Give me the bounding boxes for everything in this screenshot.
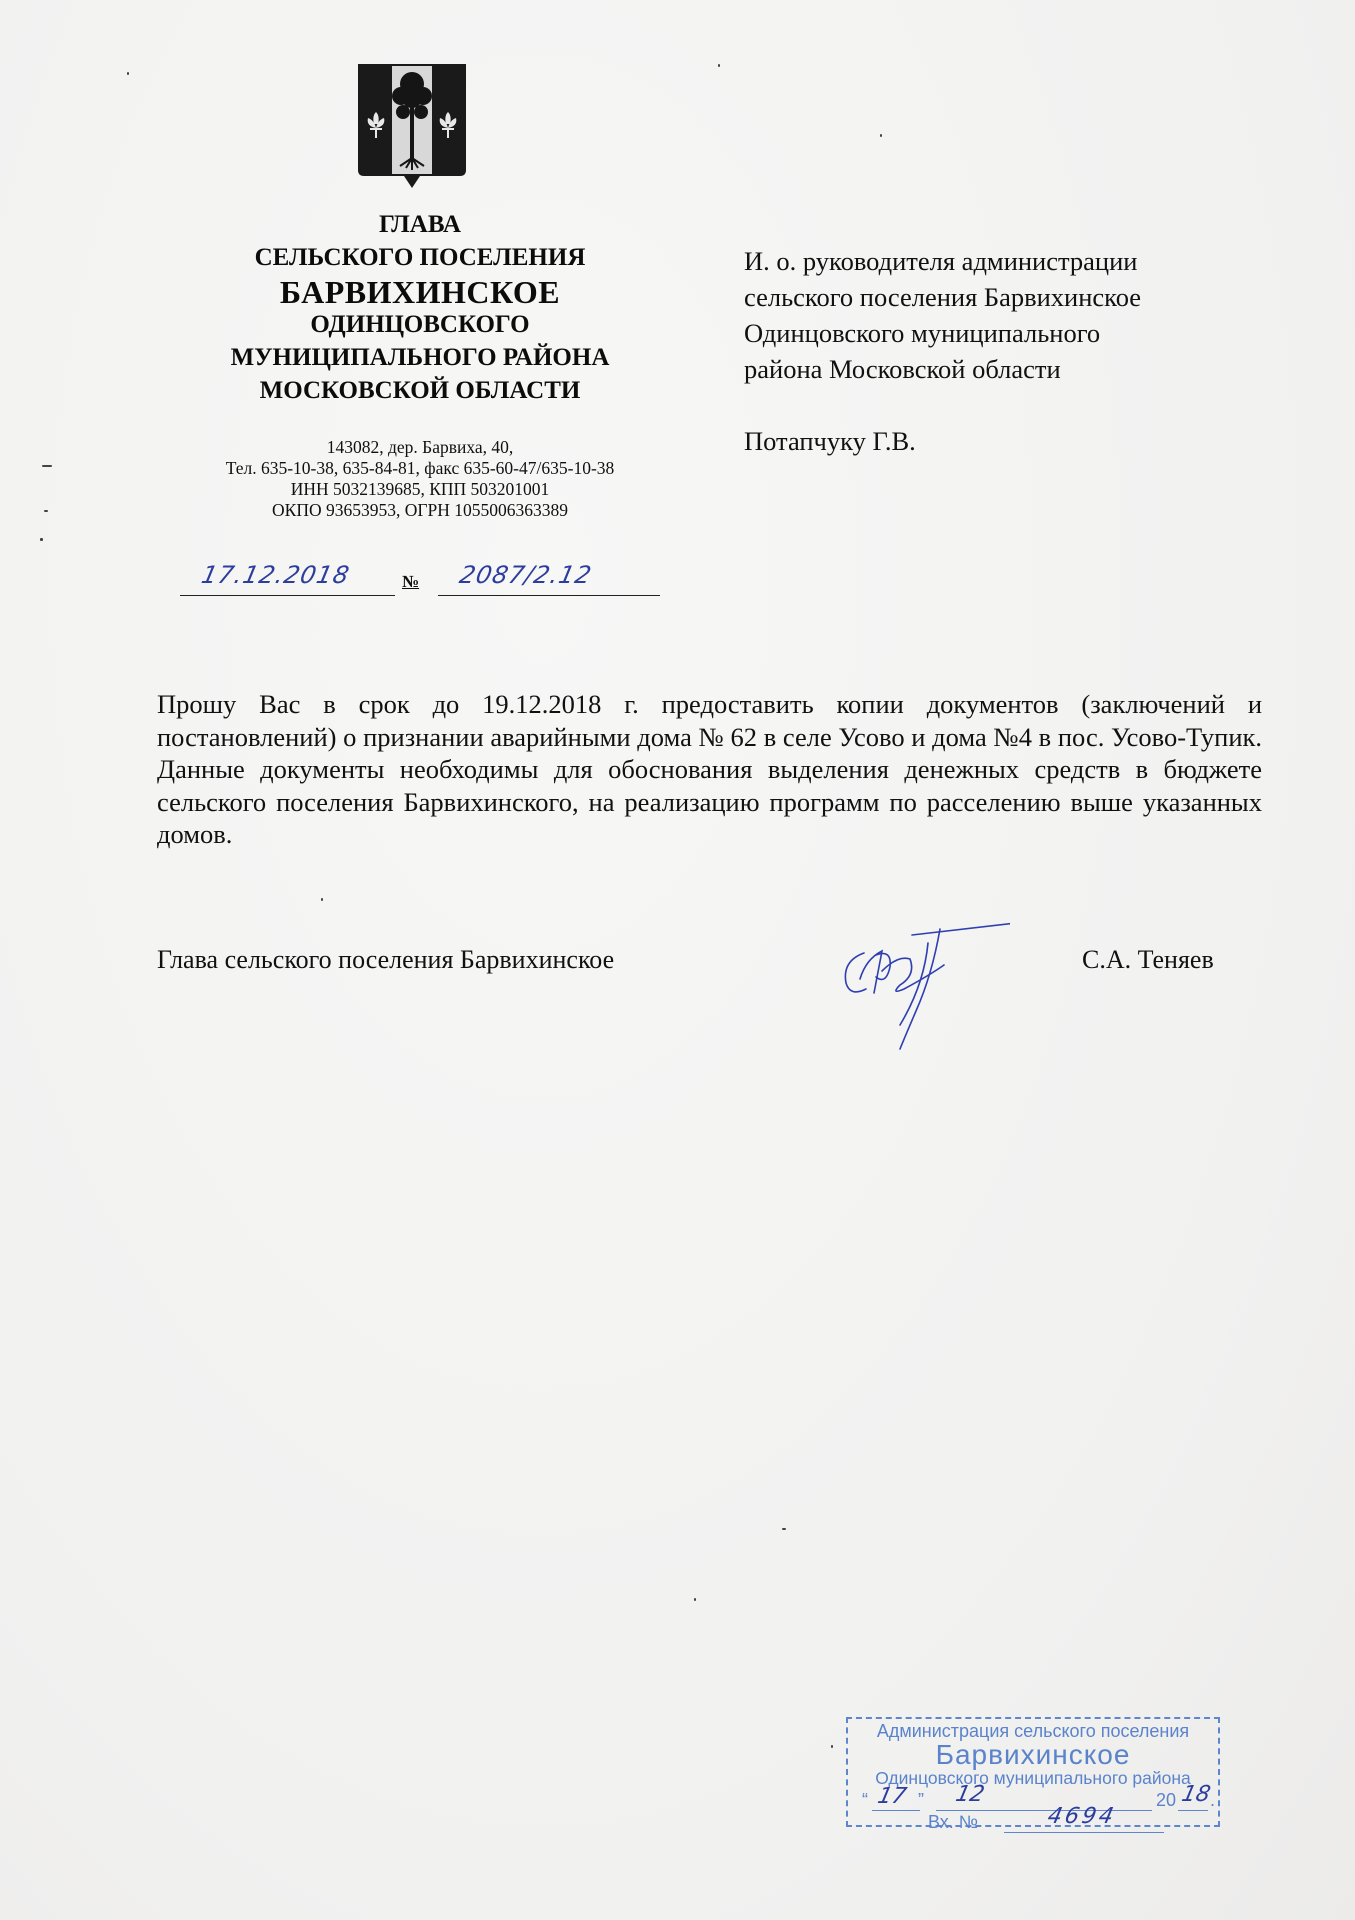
scan-speck	[880, 134, 882, 137]
scan-speck	[782, 1528, 786, 1530]
stamp-incoming-row: Вх. № 4694	[848, 1810, 1218, 1832]
incoming-underline	[1004, 1832, 1164, 1833]
registration-number: 2087/2.12	[457, 561, 595, 589]
number-sign: №	[402, 572, 419, 592]
inn-kpp: ИНН 5032139685, КПП 503201001	[175, 479, 665, 500]
scan-speck	[127, 72, 129, 75]
letterhead-settlement-name: БАРВИХИНСКОЕ	[175, 276, 665, 308]
handwritten-signature-icon	[820, 915, 1010, 1055]
quote-open: “	[862, 1790, 868, 1811]
signatory-title: Глава сельского поселения Барвихинское	[157, 945, 614, 975]
letter-body: Прошу Вас в срок до 19.12.2018 г. предос…	[157, 688, 1262, 851]
stamp-line-settlement: Барвихинское	[848, 1741, 1218, 1769]
stamp-year-suffix: 18	[1179, 1782, 1212, 1807]
addressee-line: сельского поселения Барвихинское	[744, 279, 1141, 315]
letterhead-contacts: 143082, дер. Барвиха, 40, Тел. 635-10-38…	[175, 437, 665, 521]
addressee-block: И. о. руководителя администрации сельско…	[744, 243, 1141, 459]
incoming-label: Вх. №	[928, 1812, 978, 1833]
letterhead-line: МОСКОВСКОЙ ОБЛАСТИ	[175, 378, 665, 403]
incoming-registration-stamp: Администрация сельского поселения Барвих…	[846, 1717, 1220, 1827]
scan-speck	[694, 1598, 696, 1601]
signatory-name: С.А. Теняев	[1082, 945, 1214, 975]
quote-close: ”	[918, 1790, 924, 1811]
letterhead-line: МУНИЦИПАЛЬНОГО РАЙОНА	[175, 345, 665, 370]
okpo-ogrn: ОКПО 93653953, ОГРН 1055006363389	[175, 500, 665, 521]
scan-speck	[321, 898, 323, 901]
stamp-day: 17	[875, 1784, 908, 1809]
scan-speck	[44, 510, 48, 512]
scan-speck	[831, 1745, 833, 1748]
stamp-line-organization: Администрация сельского поселения	[848, 1721, 1218, 1741]
registration-date: 17.12.2018	[199, 561, 352, 589]
coat-of-arms-icon	[356, 62, 468, 190]
incoming-number: 4694	[1045, 1804, 1118, 1829]
addressee-line: Одинцовского муниципального	[744, 315, 1141, 351]
stamp-dot: .	[1210, 1790, 1215, 1811]
scan-speck	[718, 64, 720, 67]
registration-number-field: 2087/2.12	[438, 555, 660, 596]
phones: Тел. 635-10-38, 635-84-81, факс 635-60-4…	[175, 458, 665, 479]
registration-line: 17.12.2018 № 2087/2.12	[180, 556, 660, 596]
scan-speck	[40, 538, 43, 541]
stamp-date-row: “ 17 ” 12 20 18 .	[848, 1788, 1218, 1810]
stamp-year-prefix: 20	[1156, 1790, 1176, 1811]
addressee-line: И. о. руководителя администрации	[744, 243, 1141, 279]
letterhead-line: ОДИНЦОВСКОГО	[175, 312, 665, 337]
letterhead-line: СЕЛЬСКОГО ПОСЕЛЕНИЯ	[175, 245, 665, 270]
addressee-name: Потапчуку Г.В.	[744, 423, 1141, 459]
scan-speck	[42, 465, 52, 467]
stamp-month: 12	[953, 1782, 986, 1807]
letterhead-title: ГЛАВА	[175, 212, 665, 237]
document-page: ГЛАВА СЕЛЬСКОГО ПОСЕЛЕНИЯ БАРВИХИНСКОЕ О…	[0, 0, 1355, 1920]
letterhead: ГЛАВА СЕЛЬСКОГО ПОСЕЛЕНИЯ БАРВИХИНСКОЕ О…	[175, 212, 665, 521]
address: 143082, дер. Барвиха, 40,	[175, 437, 665, 458]
registration-date-field: 17.12.2018	[180, 555, 395, 596]
addressee-line: района Московской области	[744, 351, 1141, 387]
